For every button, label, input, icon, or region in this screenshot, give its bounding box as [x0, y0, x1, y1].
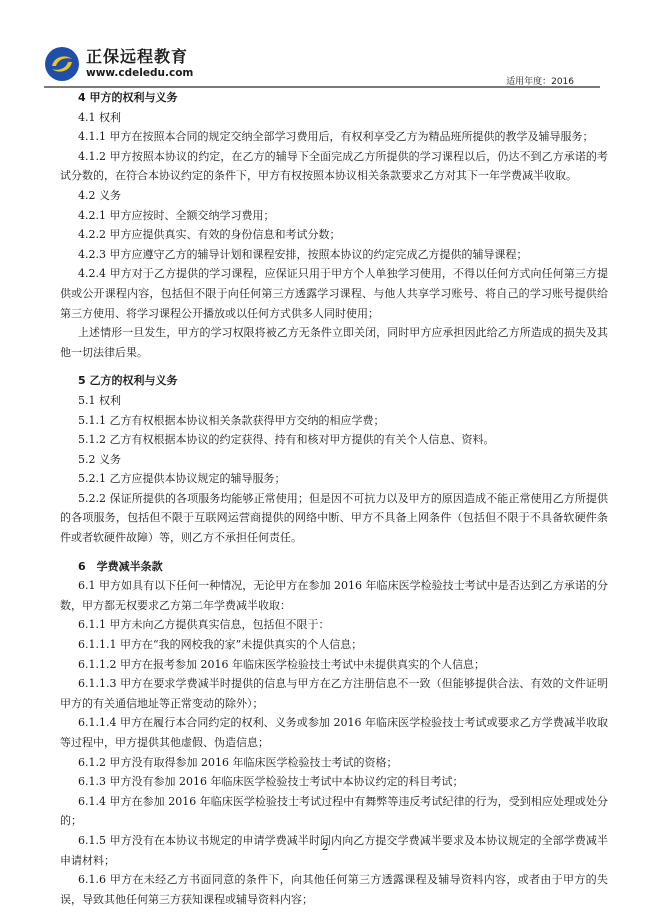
page-header: 正保远程教育 www.cdeledu.com 适用年度：2016 — [44, 44, 604, 88]
cdeledu-logo-icon — [44, 46, 80, 82]
paragraph: 5.1.1 乙方有权根据本协议相关条款获得甲方交纳的相应学费； — [42, 411, 608, 431]
paragraph: 6.1 甲方如具有以下任何一种情况，无论甲方在参加 2016 年临床医学检验技士… — [42, 576, 608, 615]
paragraph: 5.1 权利 — [42, 391, 608, 411]
document-body: 4 甲方的权利与义务 4.1 权利 4.1.1 甲方在按照本合同的规定交纳全部学… — [60, 88, 608, 909]
paragraph: 6.1.2 甲方没有取得参加 2016 年临床医学检验技士考试的资格； — [42, 753, 608, 773]
paragraph: 6.1.1.2 甲方在报考参加 2016 年临床医学检验技士考试中未提供真实的个… — [42, 655, 608, 675]
paragraph: 4.2.2 甲方应提供真实、有效的身份信息和考试分数； — [42, 225, 608, 245]
paragraph: 5.1.2 乙方有权根据本协议的约定获得、持有和核对甲方提供的有关个人信息、资料… — [42, 430, 608, 450]
paragraph: 6.1.4 甲方在参加 2016 年临床医学检验技士考试过程中有舞弊等违反考试纪… — [42, 792, 608, 831]
section-heading: 6 学费减半条款 — [78, 557, 608, 577]
paragraph: 4.2.1 甲方应按时、全额交纳学习费用； — [42, 206, 608, 226]
page-number: 2 — [0, 842, 650, 853]
brand: 正保远程教育 www.cdeledu.com — [86, 48, 193, 80]
paragraph: 4.2.3 甲方应遵守乙方的辅导计划和课程安排，按照本协议的约定完成乙方提供的辅… — [42, 245, 608, 265]
section-heading: 5 乙方的权利与义务 — [78, 371, 608, 391]
paragraph: 5.2.1 乙方应提供本协议规定的辅导服务； — [42, 469, 608, 489]
paragraph: 4.2 义务 — [42, 186, 608, 206]
paragraph: 上述情形一旦发生，甲方的学习权限将被乙方无条件立即关闭，同时甲方应承担因此给乙方… — [42, 323, 608, 362]
paragraph: 4.1.1 甲方在按照本合同的规定交纳全部学习费用后，有权利享受乙方为精品班所提… — [42, 127, 608, 147]
paragraph: 6.1.3 甲方没有参加 2016 年临床医学检验技士考试中本协议约定的科目考试… — [42, 772, 608, 792]
paragraph: 6.1.1.4 甲方在履行本合同约定的权利、义务或参加 2016 年临床医学检验… — [42, 713, 608, 752]
brand-url: www.cdeledu.com — [86, 66, 193, 80]
paragraph: 6.1.6 甲方在未经乙方书面同意的条件下，向其他任何第三方透露课程及辅导资料内… — [42, 870, 608, 909]
paragraph: 6.1.1.1 甲方在“我的网校我的家”未提供真实的个人信息； — [42, 635, 608, 655]
paragraph: 6.1.1 甲方未向乙方提供真实信息，包括但不限于： — [42, 615, 608, 635]
paragraph: 4.1 权利 — [42, 108, 608, 128]
paragraph: 6.1.1.3 甲方在要求学费减半时提供的信息与甲方在乙方注册信息不一致（但能够… — [42, 674, 608, 713]
paragraph: 5.2.2 保证所提供的各项服务均能够正常使用；但是因不可抗力以及甲方的原因造成… — [42, 489, 608, 548]
section-heading: 4 甲方的权利与义务 — [78, 88, 608, 108]
paragraph: 4.1.2 甲方按照本协议的约定，在乙方的辅导下全面完成乙方所提供的学习课程以后… — [42, 147, 608, 186]
paragraph: 5.2 义务 — [42, 450, 608, 470]
paragraph: 4.2.4 甲方对于乙方提供的学习课程，应保证只用于甲方个人单独学习使用，不得以… — [42, 264, 608, 323]
brand-name: 正保远程教育 — [86, 48, 193, 66]
